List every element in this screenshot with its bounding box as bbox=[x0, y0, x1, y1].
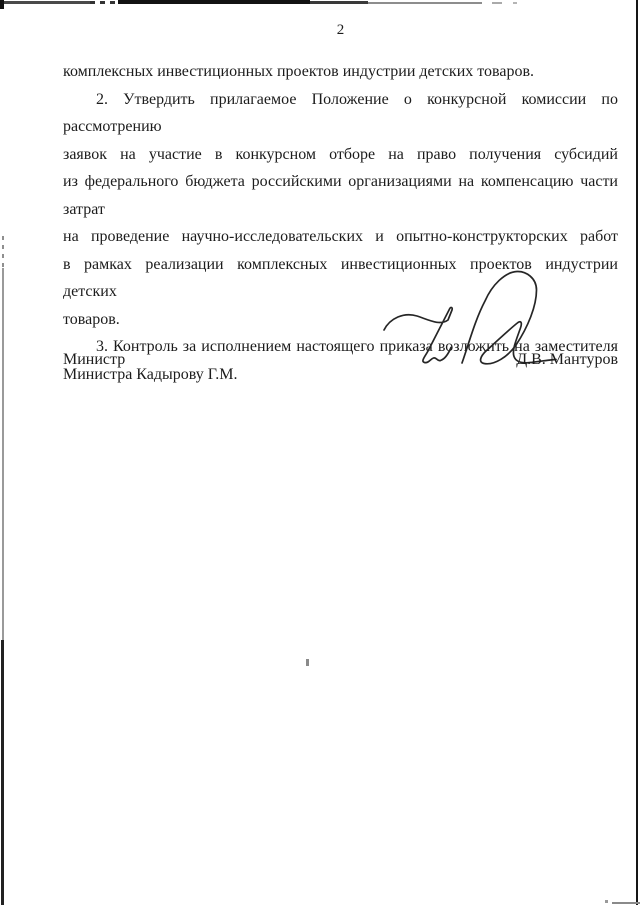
scan-top-border-dashes bbox=[90, 1, 120, 4]
paragraph-2-line: на проведение научно-исследовательских и… bbox=[63, 223, 618, 251]
scan-bottom-border-dot bbox=[605, 900, 608, 903]
paragraph-2-line: из федерального бюджета российскими орга… bbox=[63, 168, 618, 223]
scan-left-border-dashes bbox=[2, 236, 4, 270]
paragraph-2-line: заявок на участие в конкурсном отборе на… bbox=[63, 141, 618, 169]
scan-left-border-line bbox=[1, 640, 4, 905]
scan-right-border-line bbox=[636, 0, 638, 905]
scan-top-border-segment bbox=[118, 0, 310, 4]
scan-top-border-segment bbox=[310, 1, 368, 4]
scan-speck bbox=[306, 659, 309, 666]
paragraph-1-line: комплексных инвестиционных проектов инду… bbox=[63, 58, 618, 86]
page-number: 2 bbox=[63, 22, 618, 39]
scan-top-border-segment bbox=[368, 2, 482, 4]
scan-top-border-dot bbox=[513, 2, 517, 4]
signatory-name: Д.В. Мантуров bbox=[516, 350, 618, 370]
scan-bottom-border-line bbox=[612, 902, 640, 904]
scan-left-border-line bbox=[2, 268, 4, 642]
paragraph-2-line: 2. Утвердить прилагаемое Положение о кон… bbox=[63, 86, 618, 141]
scan-top-border-dash bbox=[492, 2, 502, 4]
scan-top-border-segment bbox=[0, 1, 90, 4]
signatory-position-label: Министр bbox=[63, 350, 125, 370]
scan-left-border-mark bbox=[0, 0, 4, 9]
